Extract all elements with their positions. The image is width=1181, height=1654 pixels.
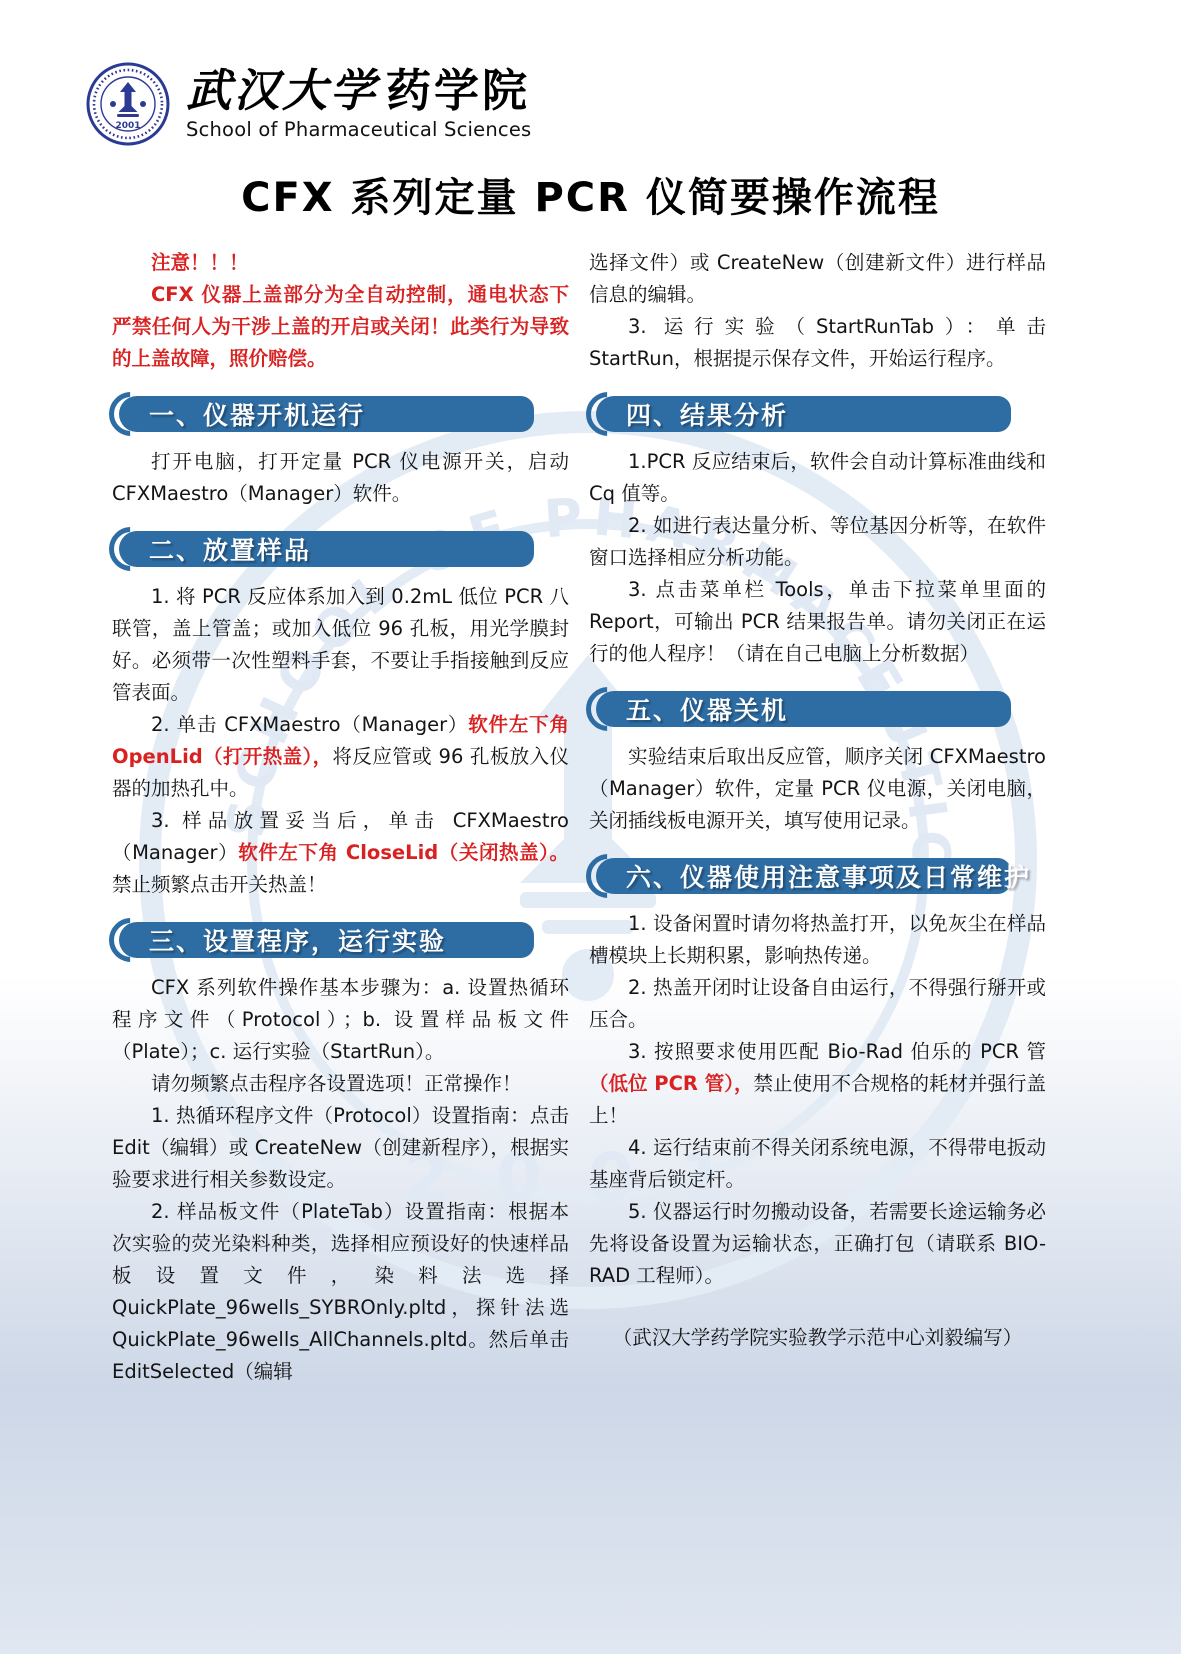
paragraph: 1.PCR 反应结束后，软件会自动计算标准曲线和 Cq 值等。 (589, 446, 1046, 510)
paragraph: （武汉大学药学院实验教学示范中心刘毅编写） (589, 1322, 1046, 1354)
paragraph: 2. 如进行表达量分析、等位基因分析等，在软件窗口选择相应分析功能。 (589, 510, 1046, 574)
banner-pill: 四、结果分析 (596, 396, 1011, 432)
paragraph: 1. 设备闲置时请勿将热盖打开，以免灰尘在样品槽模块上长期积累，影响热传递。 (589, 908, 1046, 972)
paragraph: 选择文件）或 CreateNew（创建新文件）进行样品信息的编辑。 (589, 247, 1046, 311)
section-title: 二、放置样品 (149, 531, 311, 567)
section-title: 六、仪器使用注意事项及日常维护 (626, 858, 1031, 894)
org-name: 武汉大学药学院 (186, 67, 531, 116)
paragraph: 3. 点击菜单栏 Tools，单击下拉菜单里面的 Report，可输出 PCR … (589, 574, 1046, 670)
columns-container: 注意！！！CFX 仪器上盖部分为全自动控制，通电状态下严禁任何人为干涉上盖的开启… (0, 223, 1181, 1388)
banner-pill: 三、设置程序，运行实验 (119, 922, 534, 958)
body-text: 实验结束后取出反应管，顺序关闭 CFXMaestro（Manager）软件，定量… (589, 745, 1046, 832)
paragraph: CFX 系列软件操作基本步骤为：a. 设置热循环程序文件（Protocol）；b… (112, 972, 569, 1068)
body-text: 2. 如进行表达量分析、等位基因分析等，在软件窗口选择相应分析功能。 (589, 514, 1046, 569)
paragraph: 2. 单击 CFXMaestro（Manager）软件左下角 OpenLid（打… (112, 709, 569, 805)
paragraph: 5. 仪器运行时勿搬动设备，若需要长途运输务必先将设备设置为运输状态，正确打包（… (589, 1196, 1046, 1292)
body-text: CFX 仪器上盖部分为全自动控制，通电状态下严禁任何人为干涉上盖的开启或关闭！此… (112, 283, 569, 370)
body-text: 1.PCR 反应结束后，软件会自动计算标准曲线和 Cq 值等。 (589, 450, 1046, 505)
org-subtitle: School of Pharmaceutical Sciences (186, 118, 531, 141)
body-text: 4. 运行结束前不得关闭系统电源，不得带电扳动基座背后锁定杆。 (589, 1136, 1046, 1191)
section-banner: 二、放置样品 (112, 530, 534, 568)
body-text: 3. 按照要求使用匹配 Bio-Rad 伯乐的 PCR 管 (628, 1040, 1046, 1063)
paragraph: 3. 按照要求使用匹配 Bio-Rad 伯乐的 PCR 管（低位 PCR 管），… (589, 1036, 1046, 1132)
paragraph: 3. 样品放置妥当后，单击 CFXMaestro（Manager）软件左下角 C… (112, 805, 569, 901)
paragraph: 3. 运行实验（StartRunTab）：单击 StartRun，根据提示保存文… (589, 311, 1046, 375)
university-seal-icon: 2001 (86, 62, 170, 146)
section-title: 一、仪器开机运行 (149, 396, 365, 432)
paragraph: 2. 样品板文件（PlateTab）设置指南：根据本次实验的荧光染料种类，选择相… (112, 1196, 569, 1388)
paragraph: 2. 热盖开闭时让设备自由运行，不得强行掰开或压合。 (589, 972, 1046, 1036)
paragraph: 实验结束后取出反应管，顺序关闭 CFXMaestro（Manager）软件，定量… (589, 741, 1046, 837)
body-text: 2. 热盖开闭时让设备自由运行，不得强行掰开或压合。 (589, 976, 1046, 1031)
body-text: （武汉大学药学院实验教学示范中心刘毅编写） (613, 1326, 1023, 1349)
body-text: 禁止频繁点击开关热盖！ (112, 873, 327, 896)
paragraph: 请勿频繁点击程序各设置选项！正常操作！ (112, 1068, 569, 1100)
column-left: 注意！！！CFX 仪器上盖部分为全自动控制，通电状态下严禁任何人为干涉上盖的开启… (112, 247, 569, 1388)
document-page: SCHOOL OF PHARMACEUTICAL SCIENCES 2001 (0, 0, 1181, 1654)
body-text: 打开电脑，打开定量 PCR 仪电源开关，启动 CFXMaestro（Manage… (112, 450, 569, 505)
body-text: CFX 系列软件操作基本步骤为：a. 设置热循环程序文件（Protocol）；b… (112, 976, 569, 1063)
seal-year: 2001 (115, 121, 140, 131)
column-right: 选择文件）或 CreateNew（创建新文件）进行样品信息的编辑。3. 运行实验… (589, 247, 1046, 1388)
body-text: 1. 设备闲置时请勿将热盖打开，以免灰尘在样品槽模块上长期积累，影响热传递。 (589, 912, 1046, 967)
section-banner: 四、结果分析 (589, 395, 1011, 433)
warning-paragraph: 注意！！！ (112, 247, 569, 279)
body-text: 2. 单击 CFXMaestro（Manager） (151, 713, 468, 736)
banner-pill: 六、仪器使用注意事项及日常维护 (596, 858, 1011, 894)
body-text: 1. 将 PCR 反应体系加入到 0.2mL 低位 PCR 八联管，盖上管盖；或… (112, 585, 569, 704)
body-text: 选择文件）或 CreateNew（创建新文件）进行样品信息的编辑。 (589, 251, 1046, 306)
highlighted-text: 软件左下角 CloseLid（关闭热盖）。 (238, 841, 569, 864)
highlighted-text: （低位 PCR 管）， (589, 1072, 753, 1095)
body-text: 请勿频繁点击程序各设置选项！正常操作！ (151, 1072, 522, 1095)
body-text: 注意！！！ (151, 251, 249, 274)
section-banner: 一、仪器开机运行 (112, 395, 534, 433)
body-text: 5. 仪器运行时勿搬动设备，若需要长途运输务必先将设备设置为运输状态，正确打包（… (589, 1200, 1046, 1287)
paragraph: 1. 将 PCR 反应体系加入到 0.2mL 低位 PCR 八联管，盖上管盖；或… (112, 581, 569, 709)
banner-pill: 五、仪器关机 (596, 691, 1011, 727)
body-text: 3. 运行实验（StartRunTab）：单击 StartRun，根据提示保存文… (589, 315, 1046, 370)
body-text: 3. 点击菜单栏 Tools，单击下拉菜单里面的 Report，可输出 PCR … (589, 578, 1046, 665)
org-name-rest: 药学院 (386, 64, 530, 117)
section-banner: 三、设置程序，运行实验 (112, 921, 534, 959)
body-text: 2. 样品板文件（PlateTab）设置指南：根据本次实验的荧光染料种类，选择相… (112, 1200, 569, 1383)
banner-pill: 二、放置样品 (119, 531, 534, 567)
body-text: 1. 热循环程序文件（Protocol）设置指南：点击 Edit（编辑）或 Cr… (112, 1104, 569, 1191)
section-title: 五、仪器关机 (626, 691, 788, 727)
section-banner: 五、仪器关机 (589, 690, 1011, 728)
section-banner: 六、仪器使用注意事项及日常维护 (589, 857, 1011, 895)
banner-pill: 一、仪器开机运行 (119, 396, 534, 432)
page-title: CFX 系列定量 PCR 仪简要操作流程 (0, 166, 1181, 223)
header-logo: 2001 武汉大学药学院 School of Pharmaceutical Sc… (0, 0, 1181, 146)
section-title: 三、设置程序，运行实验 (149, 922, 446, 958)
section-title: 四、结果分析 (626, 396, 788, 432)
paragraph: 1. 热循环程序文件（Protocol）设置指南：点击 Edit（编辑）或 Cr… (112, 1100, 569, 1196)
paragraph: 4. 运行结束前不得关闭系统电源，不得带电扳动基座背后锁定杆。 (589, 1132, 1046, 1196)
paragraph: 打开电脑，打开定量 PCR 仪电源开关，启动 CFXMaestro（Manage… (112, 446, 569, 510)
spacer (589, 1292, 1046, 1322)
warning-paragraph: CFX 仪器上盖部分为全自动控制，通电状态下严禁任何人为干涉上盖的开启或关闭！此… (112, 279, 569, 375)
org-name-script: 武汉大学 (186, 64, 378, 117)
